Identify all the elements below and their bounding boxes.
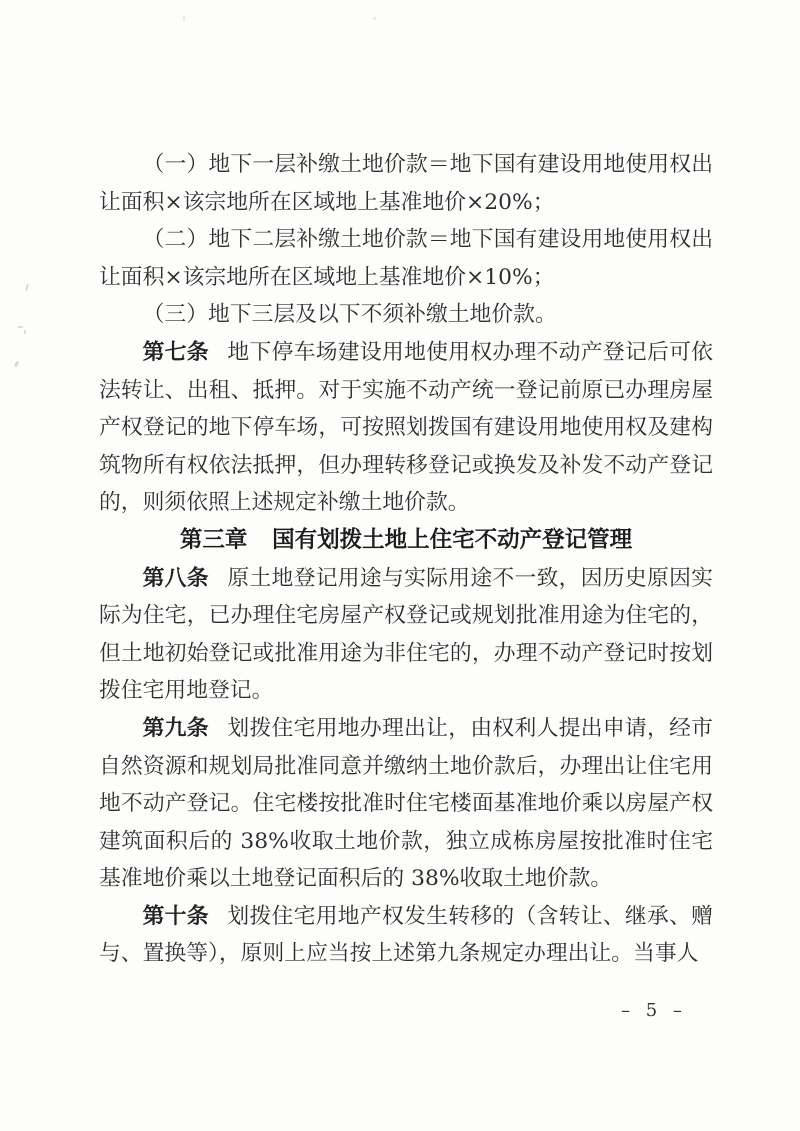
article-8-paragraph: 第八条原土地登记用途与实际用途不一致，因历史原因实际为住宅，已办理住宅房屋产权登… <box>99 560 713 710</box>
chapter-3-title: 国有划拨土地上住宅不动产登记管理 <box>272 527 632 553</box>
scan-artifact <box>24 330 26 334</box>
article-7-text: 地下停车场建设用地使用权办理不动产登记后可依法转让、出租、抵押。对于实施不动产统… <box>99 340 713 515</box>
article-10-paragraph: 第十条划拨住宅用地产权发生转移的（含转让、继承、赠与、置换等），原则上应当按上述… <box>99 898 713 973</box>
article-7-number: 第七条 <box>143 340 209 365</box>
article-8-number: 第八条 <box>143 566 209 591</box>
article-7-paragraph: 第七条地下停车场建设用地使用权办理不动产登记后可依法转让、出租、抵押。对于实施不… <box>99 334 713 522</box>
chapter-3-number: 第三章 <box>180 527 248 553</box>
scan-artifact <box>373 17 376 20</box>
article-10-number: 第十条 <box>143 904 209 929</box>
document-body: （一）地下一层补缴土地价款＝地下国有建设用地使用权出让面积×该宗地所在区域地上基… <box>99 146 713 973</box>
scan-artifact <box>25 284 29 291</box>
scan-artifact <box>18 326 23 328</box>
article-9-paragraph: 第九条划拨住宅用地办理出让，由权利人提出申请，经市自然资源和规划局批准同意并缴纳… <box>99 710 713 898</box>
article-9-number: 第九条 <box>143 716 209 741</box>
clause-item-3: （三）地下三层及以下不须补缴土地价款。 <box>99 296 713 334</box>
scan-artifact <box>14 361 19 368</box>
scan-artifact <box>183 16 185 21</box>
scanned-document-page: （一）地下一层补缴土地价款＝地下国有建设用地使用权出让面积×该宗地所在区域地上基… <box>0 0 800 1131</box>
clause-text: （三）地下三层及以下不须补缴土地价款。 <box>143 302 557 327</box>
chapter-3-heading: 第三章国有划拨土地上住宅不动产登记管理 <box>99 522 713 560</box>
clause-item-2: （二）地下二层补缴土地价款＝地下国有建设用地使用权出让面积×该宗地所在区域地上基… <box>99 221 713 296</box>
article-9-text: 划拨住宅用地办理出让，由权利人提出申请，经市自然资源和规划局批准同意并缴纳土地价… <box>99 716 713 891</box>
page-number: – 5 – <box>621 1000 687 1022</box>
clause-text: （二）地下二层补缴土地价款＝地下国有建设用地使用权出让面积×该宗地所在区域地上基… <box>99 227 713 290</box>
clause-item-1: （一）地下一层补缴土地价款＝地下国有建设用地使用权出让面积×该宗地所在区域地上基… <box>99 146 713 221</box>
clause-text: （一）地下一层补缴土地价款＝地下国有建设用地使用权出让面积×该宗地所在区域地上基… <box>99 152 713 215</box>
